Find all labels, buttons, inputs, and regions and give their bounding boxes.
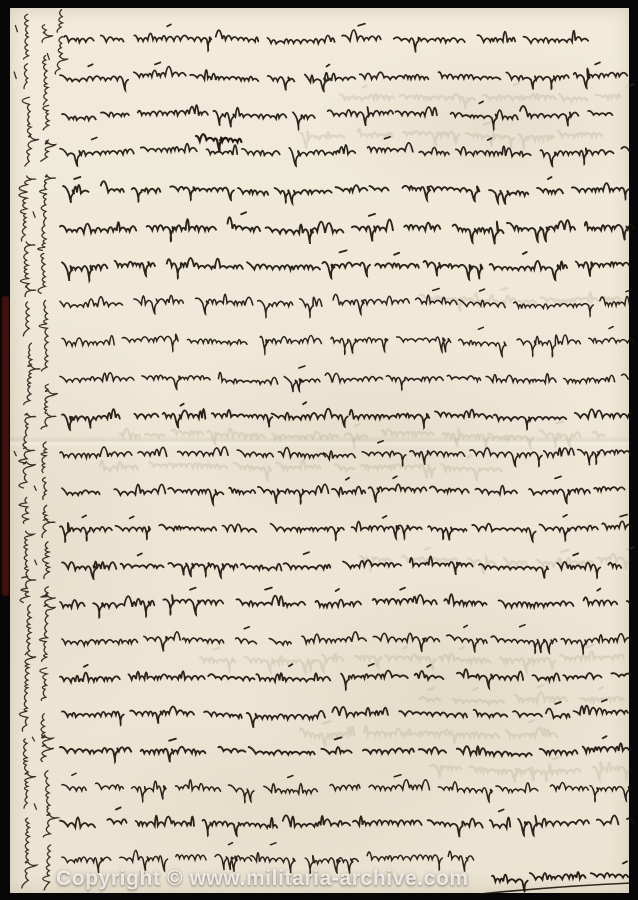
scanned-letter-page: Copyright © www.militaria-archive.com — [0, 0, 638, 900]
letter-paper — [10, 8, 629, 893]
binding-edge-sliver — [2, 296, 9, 596]
fold-crease — [10, 436, 629, 448]
watermark: Copyright © www.militaria-archive.com — [56, 867, 469, 891]
